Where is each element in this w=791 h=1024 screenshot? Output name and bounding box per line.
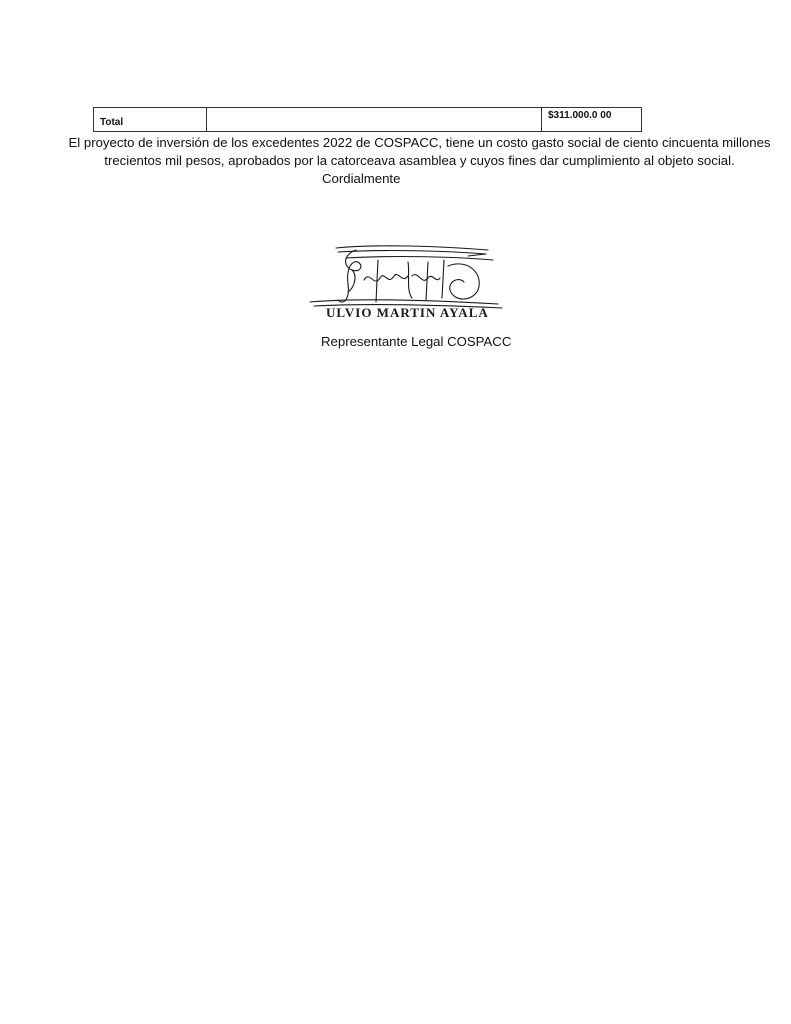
signer-name: ULVIO MARTIN AYALA <box>326 305 489 321</box>
closing-salutation: Cordialmente <box>322 170 400 188</box>
total-label: Total <box>94 108 207 132</box>
total-amount: $311.000.0 00 <box>542 108 642 132</box>
table-row: Total $311.000.0 00 <box>94 108 642 132</box>
total-table: Total $311.000.0 00 <box>93 107 642 132</box>
signer-title: Representante Legal COSPACC <box>321 333 511 351</box>
total-description <box>207 108 542 132</box>
investment-paragraph: El proyecto de inversión de los excedent… <box>62 134 777 170</box>
